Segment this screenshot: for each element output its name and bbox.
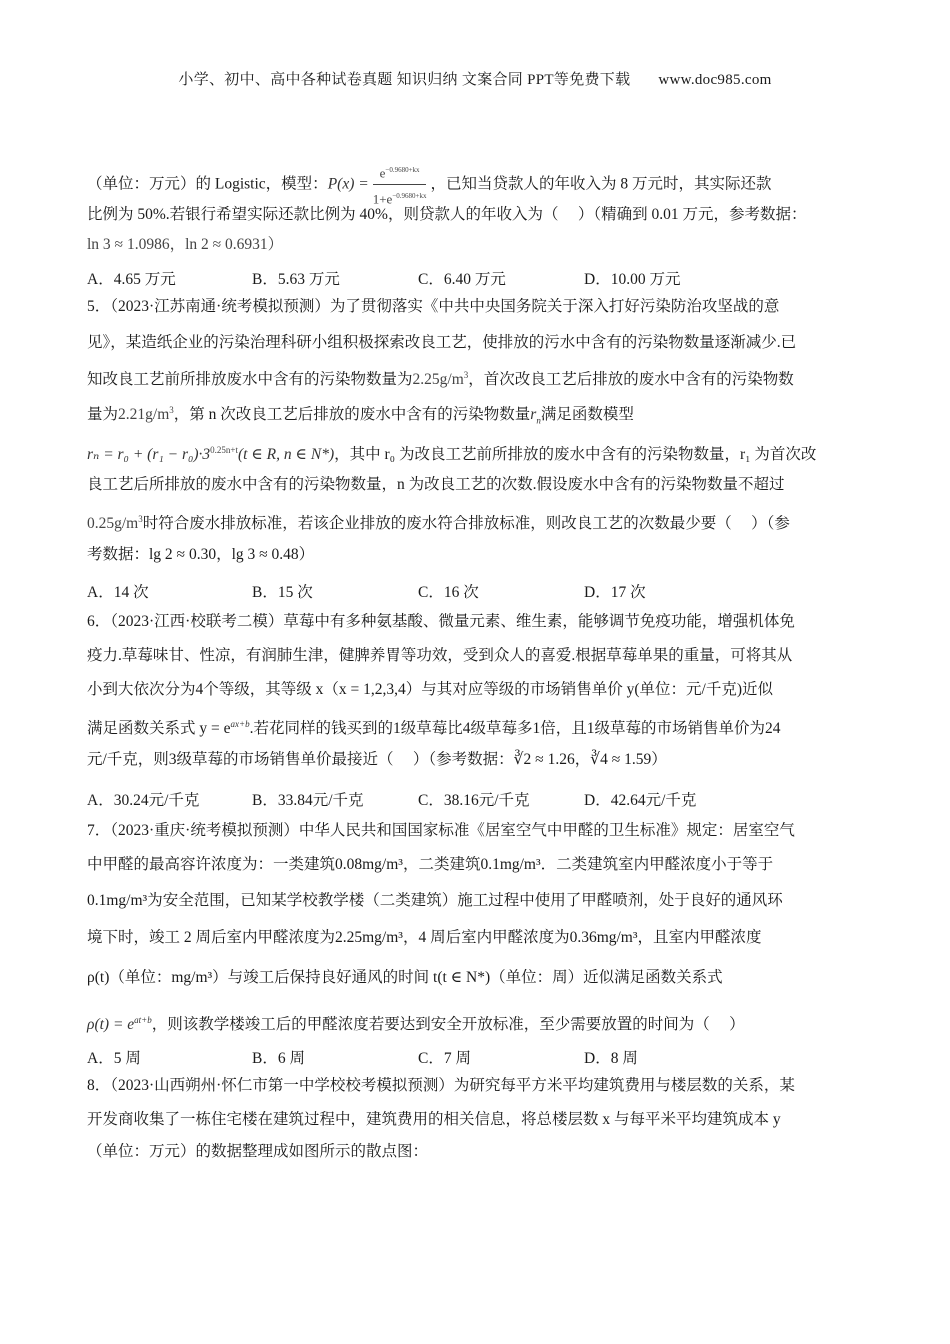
q4-line2: 比例为 50%.若银行希望实际还款比例为 40%，则贷款人的年收入为（ ）（精确… bbox=[87, 205, 806, 225]
q7-line3: 0.1mg/m³为安全范围，已知某学校教学楼（二类建筑）施工过程中使用了甲醛喷剂… bbox=[87, 891, 783, 911]
q5-option-b[interactable]: B．15 次 bbox=[252, 580, 313, 602]
q7-line5: ρ(t)（单位：mg/m³）与竣工后保持良好通风的时间 t(t ∈ N*)（单位… bbox=[87, 968, 723, 988]
q4-line1: （单位：万元）的 Logistic，模型：P(x) =e−0.9680+kx1+… bbox=[87, 160, 771, 210]
q5-line6: 良工艺后所排放的废水中含有的污染物数量，n 为改良工艺的次数.假设废水中含有的污… bbox=[87, 475, 785, 495]
q5-formula: rₙ = r₀ + (r₁ − r₀)·3 bbox=[87, 446, 210, 463]
q7-option-b[interactable]: B．6 周 bbox=[252, 1046, 305, 1068]
q5-line4: 量为2.21g/m3，第 n 次改良工艺后排放的废水中含有的污染物数量rn满足函… bbox=[87, 400, 634, 430]
q6-line1: 6．（2023·江西·校联考二模）草莓中有多种氨基酸、微量元素、维生素，能够调节… bbox=[87, 612, 795, 632]
q5-option-d[interactable]: D．17 次 bbox=[584, 580, 646, 602]
logistic-fraction: e−0.9680+kx1+e−0.9680+kx bbox=[373, 160, 427, 210]
q5-line2: 见》，某造纸企业的污染治理科研小组积极探索改良工艺，使排放的污水中含有的污染物数… bbox=[87, 333, 796, 353]
q7-line2: 中甲醛的最高容许浓度为：一类建筑0.08mg/m³，二类建筑0.1mg/m³．二… bbox=[87, 855, 773, 875]
q7-line4: 境下时，竣工 2 周后室内甲醛浓度为2.25mg/m³，4 周后室内甲醛浓度为0… bbox=[87, 928, 762, 948]
q8-line3: （单位：万元）的数据整理成如图所示的散点图： bbox=[87, 1142, 428, 1162]
q4-option-a[interactable]: A．4.65 万元 bbox=[87, 267, 176, 289]
q6-option-a[interactable]: A．30.24元/千克 bbox=[87, 788, 199, 810]
q8-line1: 8．（2023·山西朔州·怀仁市第一中学校校考模拟预测）为研究每平方米平均建筑费… bbox=[87, 1076, 795, 1096]
q6-option-b[interactable]: B．33.84元/千克 bbox=[252, 788, 364, 810]
header-text: 小学、初中、高中各种试卷真题 知识归纳 文案合同 PPT等免费下载 bbox=[178, 72, 630, 88]
q6-line3: 小到大依次分为4个等级，其等级 x（x = 1,2,3,4）与其对应等级的市场销… bbox=[87, 680, 773, 700]
q5-line1: 5．（2023·江苏南通·统考模拟预测）为了贯彻落实《中共中央国务院关于深入打好… bbox=[87, 297, 779, 317]
q7-option-a[interactable]: A．5 周 bbox=[87, 1046, 141, 1068]
q7-option-d[interactable]: D．8 周 bbox=[584, 1046, 638, 1068]
q5-line8: 考数据：lg 2 ≈ 0.30，lg 3 ≈ 0.48） bbox=[87, 545, 314, 565]
q5-option-c[interactable]: C．16 次 bbox=[418, 580, 479, 602]
q6-option-c[interactable]: C．38.16元/千克 bbox=[418, 788, 530, 810]
q6-line4: 满足函数关系式 y = eax+b.若花同样的钱买到的1级草莓比4级草莓多1倍，… bbox=[87, 714, 780, 739]
q4-option-b[interactable]: B．5.63 万元 bbox=[252, 267, 340, 289]
q4-option-d[interactable]: D．10.00 万元 bbox=[584, 267, 680, 289]
q8-line2: 开发商收集了一栋住宅楼在建筑过程中，建筑费用的相关信息，将总楼层数 x 与每平米… bbox=[87, 1110, 781, 1130]
q7-line6: ρ(t) = eat+b，则该教学楼竣工后的甲醛浓度若要达到安全开放标准，至少需… bbox=[87, 1010, 745, 1035]
q7-option-c[interactable]: C．7 周 bbox=[418, 1046, 471, 1068]
q6-line2: 疫力.草莓味甘、性凉，有润肺生津，健脾养胃等功效，受到众人的喜爱.根据草莓单果的… bbox=[87, 646, 792, 666]
q6-option-d[interactable]: D．42.64元/千克 bbox=[584, 788, 696, 810]
q7-line1: 7．（2023·重庆·统考模拟预测）中华人民共和国国家标准《居室空气中甲醛的卫生… bbox=[87, 821, 795, 841]
q5-line5: rₙ = r₀ + (r₁ − r₀)·30.25n+t(t ∈ R, n ∈ … bbox=[87, 440, 816, 465]
q5-line3: 知改良工艺前所排放废水中含有的污染物数量为2.25g/m3，首次改良工艺后排放的… bbox=[87, 365, 794, 390]
q4-option-c[interactable]: C．6.40 万元 bbox=[418, 267, 506, 289]
page-header: 小学、初中、高中各种试卷真题 知识归纳 文案合同 PPT等免费下载www.doc… bbox=[0, 68, 950, 89]
q4-line3: ln 3 ≈ 1.0986，ln 2 ≈ 0.6931） bbox=[87, 235, 283, 255]
q6-line5: 元/千克，则3级草莓的市场销售单价最接近（ ）（参考数据：∛2 ≈ 1.26，∛… bbox=[87, 750, 667, 770]
header-site: www.doc985.com bbox=[658, 72, 771, 88]
q5-option-a[interactable]: A．14 次 bbox=[87, 580, 149, 602]
formula-lhs: P(x) = bbox=[328, 175, 369, 192]
q5-line7: 0.25g/m3时符合废水排放标准，若该企业排放的废水符合排放标准，则改良工艺的… bbox=[87, 509, 790, 534]
